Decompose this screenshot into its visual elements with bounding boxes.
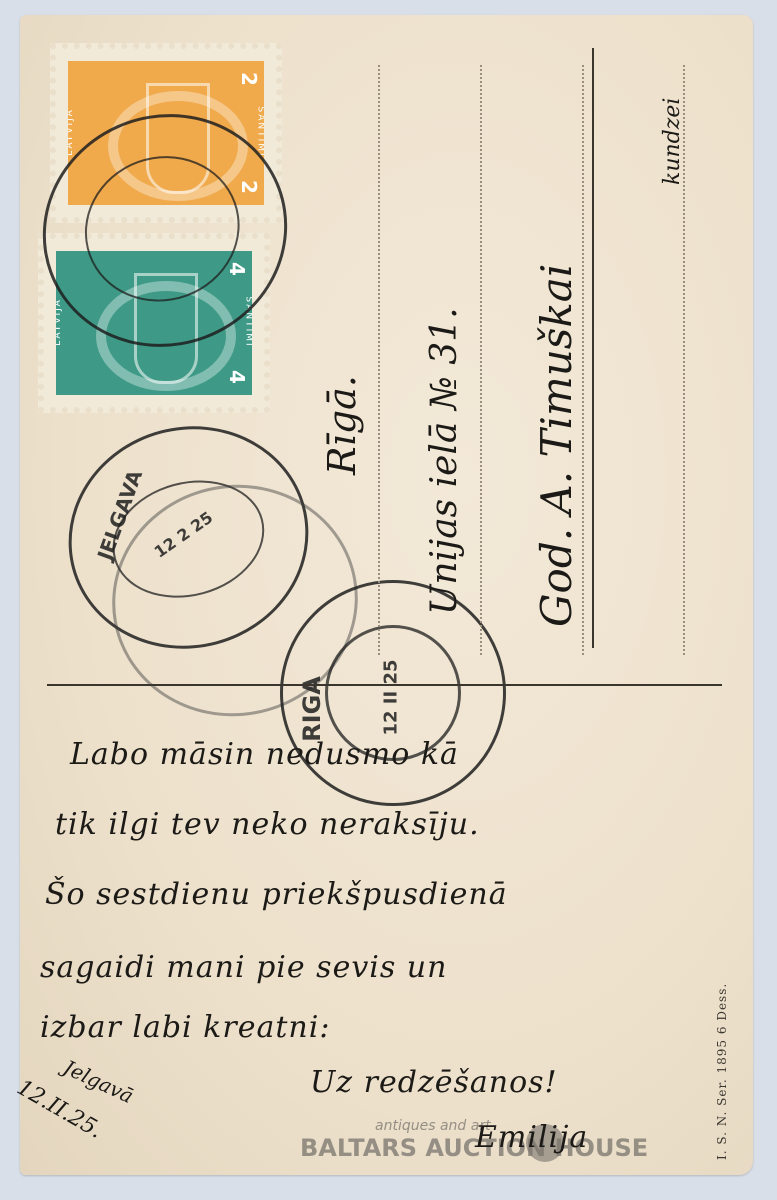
stamp-country: LATVIJA	[56, 298, 63, 346]
address-line	[582, 65, 584, 655]
address-honorific: kundzei	[660, 98, 685, 185]
message-signature: Emilija	[475, 1120, 588, 1155]
address-underline	[592, 48, 594, 648]
stamp-country: LATVIJA	[68, 108, 75, 156]
postmark-date: 12 II 25	[381, 659, 402, 735]
postmark-city: RIGA	[298, 676, 326, 742]
message-line: Šo sestdienu priekšpusdienā	[45, 877, 508, 912]
message-line: Labo māsin nedusmo kā	[70, 737, 459, 772]
message-line: izbar labi kreatni:	[40, 1010, 330, 1045]
address-line	[480, 65, 482, 655]
address-street: Unijas ielā № 31.	[424, 307, 465, 615]
divider-line	[47, 684, 722, 686]
message-line: sagaidi mani pie sevis un	[40, 950, 447, 985]
stamp-value: 2	[237, 72, 261, 86]
address-line	[378, 65, 380, 655]
address-recipient: God. A. Timuškai	[532, 264, 581, 627]
message-line: tik ilgi tev neko neraksīju.	[55, 807, 480, 842]
printer-mark: I. S. N. Ser. 1895 6 Dess.	[715, 983, 729, 1160]
address-city: Rīgā.	[320, 375, 364, 475]
message-closing: Uz redzēšanos!	[310, 1065, 558, 1100]
watermark-subtitle: antiques and art	[375, 1118, 491, 1134]
message-place: Jelgavā	[60, 1055, 137, 1108]
postmark-riga: RIGA 12 II 25	[280, 580, 506, 806]
postcard-back: 2 2 SANTIMI LATVIJA 4 4 SANTIMI LATVIJA …	[20, 15, 753, 1175]
stamp-value: 4	[225, 370, 249, 384]
